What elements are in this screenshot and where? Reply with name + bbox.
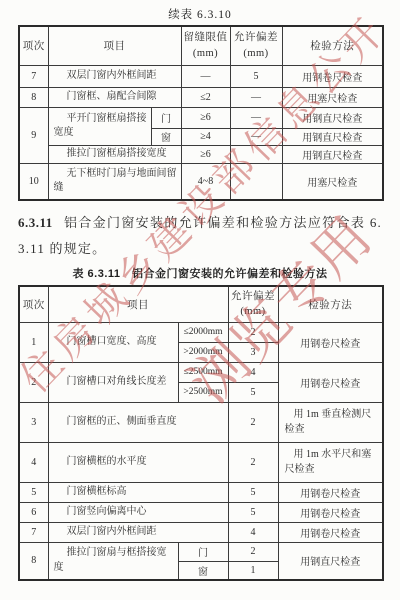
t2-r5-tol: 5 [228,482,278,502]
t1-r9-method-window: 用钢直尺检查 [282,128,383,145]
table-6-3-11: 项次 项目 允许偏差 (mm) 检验方法 1 门窗槽口宽度、高度 ≤2000mm… [18,285,384,581]
t1-r10-gap: 4~8 [181,163,230,200]
t1-r10-method: 用塞尺检查 [282,163,383,200]
t2-r1-cond-b: >2000mm [178,342,228,362]
t1-r9-item-sliding: 推拉门窗框扇搭接宽度 [48,145,181,163]
t1-r9-gap-sliding: ≥6 [181,145,230,163]
t1-r9-method-door: 用钢直尺检查 [282,107,383,128]
t1-r9-sub-window: 窗 [151,128,181,145]
t1-r9-sub-door: 门 [151,107,181,128]
t2-r3-item: 门窗框的正、侧面垂直度 [48,402,228,442]
t1-r7-item: 双层门窗内外框间距 [48,65,181,87]
t1-header-gap-limit-line1: 留缝限值 [184,30,228,46]
t2-r2-cond-a: ≤2500mm [178,362,228,382]
t2-header-tolerance-line2: (mm) [231,304,276,320]
t1-header-gap-limit: 留缝限值 (mm) [181,26,230,65]
t2-r1-no: 1 [19,322,48,362]
t2-r7-item: 双层门窗内外框间距 [48,522,228,542]
t2-r8-tol-door: 2 [228,542,278,561]
table-row: 1 门窗槽口宽度、高度 ≤2000mm 2 用钢卷尺检查 [19,322,383,342]
t2-r1-method: 用钢卷尺检查 [278,322,383,362]
t2-header-item-no: 项次 [19,286,48,322]
table-row: 9 平开门窗框扇搭接宽度 门 ≥6 — 用钢直尺检查 [19,107,383,128]
t1-header-item: 项目 [48,26,181,65]
table-row: 推拉门窗框扇搭接宽度 ≥6 用钢直尺检查 [19,145,383,163]
t2-r2-tol-b: 5 [228,382,278,402]
table-row: 6 门窗竖向偏离中心 5 用钢卷尺检查 [19,502,383,522]
t1-r7-method: 用钢卷尺检查 [282,65,383,87]
table-6-3-10-continued: 项次 项目 留缝限值 (mm) 允许偏差 (mm) 检验方法 7 双层门窗内外框… [18,25,384,201]
t1-r9-tol-window: — [230,128,282,145]
t2-r2-no: 2 [19,362,48,402]
t1-r7-tol: 5 [230,65,282,87]
t1-r9-item-swing: 平开门窗框扇搭接宽度 [48,107,151,145]
t1-header-item-no: 项次 [19,26,48,65]
t1-r9-gap-window: ≥4 [181,128,230,145]
t1-header-gap-limit-line2: (mm) [184,46,228,62]
t1-r9-tol-door: — [230,107,282,128]
t2-header-tolerance: 允许偏差 (mm) [228,286,278,322]
t2-r8-tol-window: 1 [228,561,278,580]
table-row: 2 门窗槽口对角线长度差 ≤2500mm 4 用钢卷尺检查 [19,362,383,382]
t2-r1-tol-a: 2 [228,322,278,342]
t1-r9-gap-door: ≥6 [181,107,230,128]
table-row: 10 无下框时门扇与地面间留缝 4~8 用塞尺检查 [19,163,383,200]
table-row: 4 门窗横框的水平度 2 用 1m 水平尺和塞尺检查 [19,442,383,482]
table-6-3-10-continued-caption: 续表 6.3.10 [0,6,400,22]
t2-r6-no: 6 [19,502,48,522]
t2-r6-method: 用钢卷尺检查 [278,502,383,522]
t2-r6-item: 门窗竖向偏离中心 [48,502,228,522]
clause-6-3-11-paragraph: 6.3.11铝合金门窗安装的允许偏差和检验方法应符合表 6.3.11 的规定。 [18,210,382,261]
t2-r8-sub-door: 门 [178,542,228,561]
t2-r1-item: 门窗槽口宽度、高度 [48,322,178,362]
t2-r3-tol: 2 [228,402,278,442]
t2-r5-no: 5 [19,482,48,502]
t2-r7-method: 用钢卷尺检查 [278,522,383,542]
table-row: 5 门窗横框标高 5 用钢卷尺检查 [19,482,383,502]
t2-r8-sub-window: 窗 [178,561,228,580]
table-row: 7 双层门窗内外框间距 4 用钢卷尺检查 [19,522,383,542]
t2-r8-item: 推拉门窗扇与框搭接宽度 [48,542,178,580]
t1-r9-method-sliding: 用钢直尺检查 [282,145,383,163]
table-row: 7 双层门窗内外框间距 — 5 用钢卷尺检查 [19,65,383,87]
t2-r2-item: 门窗槽口对角线长度差 [48,362,178,402]
t2-r7-no: 7 [19,522,48,542]
t2-r5-method: 用钢卷尺检查 [278,482,383,502]
t1-r8-no: 8 [19,87,48,107]
t2-r1-cond-a: ≤2000mm [178,322,228,342]
t2-r2-tol-a: 4 [228,362,278,382]
t1-r8-item: 门窗框、扇配合间隙 [48,87,181,107]
t2-r2-cond-b: >2500mm [178,382,228,402]
t1-r10-item: 无下框时门扇与地面间留缝 [48,163,181,200]
t1-r8-gap: ≤2 [181,87,230,107]
t1-header-tolerance-line2: (mm) [233,46,280,62]
t1-header-tolerance: 允许偏差 (mm) [230,26,282,65]
t1-header-tolerance-line1: 允许偏差 [233,30,280,46]
clause-text: 铝合金门窗安装的允许偏差和检验方法应符合表 6.3.11 的规定。 [18,215,382,256]
t1-header-method: 检验方法 [282,26,383,65]
t2-r3-method: 用 1m 垂直检测尺检查 [278,402,383,442]
t1-r10-no: 10 [19,163,48,200]
t1-r7-no: 7 [19,65,48,87]
t1-r9-tol-sliding [230,145,282,163]
t2-r1-tol-b: 3 [228,342,278,362]
table-row: 3 门窗框的正、侧面垂直度 2 用 1m 垂直检测尺检查 [19,402,383,442]
t1-r8-method: 用塞尺检查 [282,87,383,107]
t2-header-item: 项目 [48,286,228,322]
table-6-3-11-caption: 表 6.3.11 铝合金门窗安装的允许偏差和检验方法 [0,265,400,281]
t2-r4-method: 用 1m 水平尺和塞尺检查 [278,442,383,482]
t1-r9-no: 9 [19,107,48,163]
t2-r4-no: 4 [19,442,48,482]
t2-r5-item: 门窗横框标高 [48,482,228,502]
t2-r6-tol: 5 [228,502,278,522]
table-row: 8 门窗框、扇配合间隙 ≤2 — 用塞尺检查 [19,87,383,107]
t1-r8-tol: — [230,87,282,107]
clause-number: 6.3.11 [18,215,53,230]
t2-r2-method: 用钢卷尺检查 [278,362,383,402]
t2-header-method: 检验方法 [278,286,383,322]
t2-header-tolerance-line1: 允许偏差 [231,289,276,305]
t2-r8-method: 用钢直尺检查 [278,542,383,580]
t2-r8-no: 8 [19,542,48,580]
t2-r3-no: 3 [19,402,48,442]
t2-r4-item: 门窗横框的水平度 [48,442,228,482]
document-page: 续表 6.3.10 项次 项目 留缝限值 (mm) 允许偏差 (mm) 检验方法… [0,0,400,600]
t1-r7-gap: — [181,65,230,87]
t2-r7-tol: 4 [228,522,278,542]
table-row: 8 推拉门窗扇与框搭接宽度 门 2 用钢直尺检查 [19,542,383,561]
t2-r4-tol: 2 [228,442,278,482]
t1-r10-tol [230,163,282,200]
